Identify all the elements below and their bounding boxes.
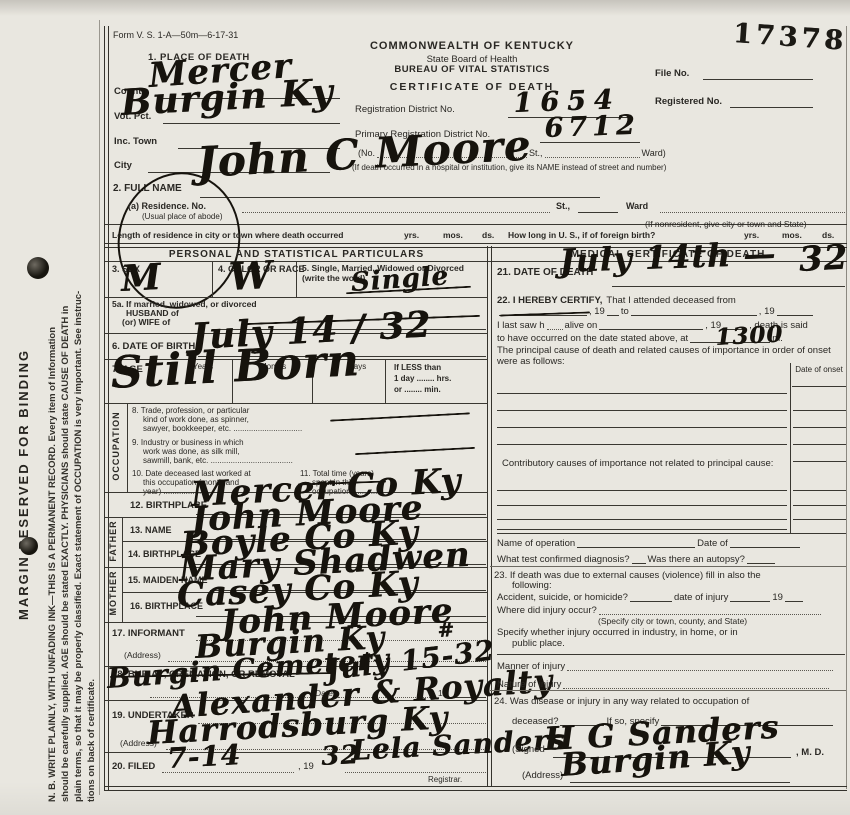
onset-line-2 <box>793 427 846 428</box>
onset-line-3 <box>793 444 846 445</box>
filed-date-value: 7-14 <box>166 738 242 775</box>
age-div3 <box>385 359 386 403</box>
certify-blanks-row: , 19 to , 19 <box>497 306 815 317</box>
onset-line-5 <box>793 490 846 491</box>
occurred-text: to have occurred on the date stated abov… <box>497 333 688 344</box>
q23-line2: following: <box>512 580 552 591</box>
residence-no-line <box>242 212 550 213</box>
age-less-line1: If LESS than <box>394 363 441 372</box>
q23-industry-line2: public place. <box>512 638 565 649</box>
residence-st-line <box>578 212 618 213</box>
us-mos: mos. <box>782 230 802 240</box>
occupation-vertical-label: OCCUPATION <box>111 401 121 491</box>
nature-label: Nature of injury <box>497 679 561 690</box>
margin-binding-label: MARGIN RESERVED FOR BINDING <box>16 349 31 620</box>
father-name-label: 13. NAME <box>130 525 172 536</box>
sex-value: M <box>120 256 163 300</box>
city-label: City <box>114 160 132 171</box>
certify-to: to <box>621 306 629 317</box>
lastsaw-text-b: alive on <box>565 320 598 331</box>
signed-label: (Signed <box>512 744 545 755</box>
cause-line-3 <box>497 427 787 428</box>
operation-label: Name of operation <box>497 538 575 549</box>
age-less-line2: 1 day ........ hrs. <box>394 374 451 383</box>
manner-row: Manner of injury <box>497 661 835 672</box>
certify-row: 22. I HEREBY CERTIFY, That I attended de… <box>497 295 736 306</box>
q8-line3: sawyer, bookkeeper, etc. ...............… <box>143 424 302 433</box>
registered-no-line <box>730 107 813 108</box>
margin-instructions-line1: N. B. WRITE PLAINLY, WITH UNFADING INK—T… <box>46 47 59 802</box>
onset-line-7 <box>793 519 846 520</box>
contributory-label: Contributory causes of importance not re… <box>502 458 802 469</box>
rule-form-bottom <box>105 786 847 791</box>
primary-district-value: 6712 <box>544 110 640 144</box>
form-number: Form V. S. 1-A—50m—6-17-31 <box>113 30 238 41</box>
certificate-number-stamp: 17378 <box>732 18 848 57</box>
where-injury-row: Where did injury occur? <box>497 605 823 616</box>
father-strip-line <box>122 517 123 567</box>
onset-line-6 <box>793 505 846 506</box>
cause-line-2 <box>497 410 787 411</box>
abode-note: (Usual place of abode) <box>142 212 223 221</box>
length-residence-label: Length of residence in city or town wher… <box>112 230 343 240</box>
lastsaw-text-a: I last saw h <box>497 320 545 331</box>
age-bottom <box>105 403 488 404</box>
personal-section-title: PERSONAL AND STATISTICAL PARTICULARS <box>105 249 488 261</box>
q23-industry-line1: Specify whether injury occurred in indus… <box>497 627 738 638</box>
onset-box-bottom <box>497 533 846 534</box>
contributory-line-3 <box>497 519 787 520</box>
mother-vertical-label: MOTHER <box>108 563 118 623</box>
occupation-strip-line <box>127 403 128 492</box>
q24-line1: 24. Was disease or injury in any way rel… <box>494 696 749 707</box>
margin-instructions: N. B. WRITE PLAINLY, WITH UNFADING INK—T… <box>46 47 98 802</box>
file-no-line <box>703 79 813 80</box>
autopsy-label: Was there an autopsy? <box>648 554 745 565</box>
age-less-line3: or ........ min. <box>394 385 441 394</box>
punch-hole-top <box>27 257 49 279</box>
onset-header-rule <box>792 386 846 387</box>
inc-town-label: Inc. Town <box>114 136 157 147</box>
date-of-death-line <box>612 286 845 287</box>
file-no-label: File No. <box>655 68 689 79</box>
page-edge-line <box>99 20 100 795</box>
date-of-death-value: July 14th — <box>559 234 777 280</box>
residence-ward-label: Ward <box>626 201 648 212</box>
margin-instructions-line3: plain terms, so that it may be properly … <box>72 47 85 802</box>
length-mos: mos. <box>443 230 463 240</box>
informant-label: 17. INFORMANT <box>112 628 185 639</box>
test-label: What test confirmed diagnosis? <box>497 554 630 565</box>
ward-label: Ward) <box>642 148 666 159</box>
row345-bottom <box>105 297 488 298</box>
certify-label: 22. I HEREBY CERTIFY, <box>497 295 602 306</box>
rule-above-24 <box>490 690 846 691</box>
cause-line-4 <box>497 444 787 445</box>
residence-label: (a) Residence. No. <box>128 201 206 212</box>
injury-19-label: 19 <box>772 592 783 603</box>
death-certificate-page: MARGIN RESERVED FOR BINDING N. B. WRITE … <box>0 0 850 815</box>
operation-date-label: Date of <box>697 538 728 549</box>
length-yrs: yrs. <box>404 230 419 240</box>
nonresident-note: (If nonresident, give city or town and S… <box>645 219 807 229</box>
md-label: , M. D. <box>796 747 824 758</box>
ink-q8-dash <box>330 412 470 421</box>
contributory-line-4 <box>497 529 787 530</box>
q23-blank-line <box>497 654 845 655</box>
registrar-line <box>345 772 486 773</box>
bureau-subtitle: BUREAU OF VITAL STATISTICS <box>352 64 592 75</box>
test-row: What test confirmed diagnosis? Was there… <box>497 554 777 565</box>
filed-19-label: , 19 <box>298 761 314 772</box>
contributory-line-1 <box>497 490 787 491</box>
certify-19a: , 19 <box>589 306 605 317</box>
rule-above-23 <box>490 566 846 567</box>
mother-strip-line <box>122 567 123 622</box>
q5a-line3: (or) WIFE of <box>122 317 170 327</box>
length-ds: ds. <box>482 230 494 240</box>
date-of-death-year: 32 <box>798 237 849 280</box>
operation-row: Name of operation Date of <box>497 538 802 549</box>
commonwealth-title: COMMONWEALTH OF KENTUCKY <box>352 40 592 53</box>
injury-date-label: date of injury <box>674 592 728 603</box>
manner-label: Manner of injury <box>497 661 565 672</box>
margin-instructions-line2: should be carefully supplied. AGE should… <box>59 47 72 802</box>
onset-box-line <box>790 363 791 533</box>
vot-pct-line <box>163 123 340 124</box>
filed-label: 20. FILED <box>112 761 155 772</box>
full-name-value: John C Moore <box>195 121 532 187</box>
residence-st-label: St., <box>556 201 570 212</box>
physician-address-line <box>570 782 790 783</box>
registered-no-label: Registered No. <box>655 96 722 107</box>
onset-line-1 <box>793 410 846 411</box>
residence-ward-line <box>660 212 845 213</box>
contributory-line-2 <box>497 505 787 506</box>
accident-row: Accident, suicide, or homicide? date of … <box>497 592 805 603</box>
form-right-border <box>846 26 847 789</box>
sex-race-divider <box>212 261 213 297</box>
full-name-line <box>200 197 600 198</box>
certify-19b: , 19 <box>759 306 775 317</box>
margin-instructions-line4: tions on back of certificate. <box>85 47 98 802</box>
cause-line-1 <box>497 393 787 394</box>
registration-district-label: Registration District No. <box>355 104 455 115</box>
onset-header: Date of onset <box>793 365 845 374</box>
race-value: W <box>228 252 274 299</box>
ink-q9-dash <box>355 447 475 455</box>
where-injury-label: Where did injury occur? <box>497 605 597 616</box>
nature-row: Nature of injury <box>497 679 831 690</box>
certify-text: That I attended deceased from <box>606 295 735 306</box>
q9-line3: sawmill, bank, etc. ....................… <box>143 456 293 465</box>
registrar-label: Registrar. <box>428 775 462 784</box>
specify-city-note: (Specify city or town, county, and State… <box>598 616 747 626</box>
column-divider <box>487 246 492 786</box>
physician-address-label: (Address) <box>522 770 563 781</box>
punch-hole-bottom <box>20 537 38 555</box>
father-vertical-label: FATHER <box>108 511 118 571</box>
accident-label: Accident, suicide, or homicide? <box>497 592 628 603</box>
